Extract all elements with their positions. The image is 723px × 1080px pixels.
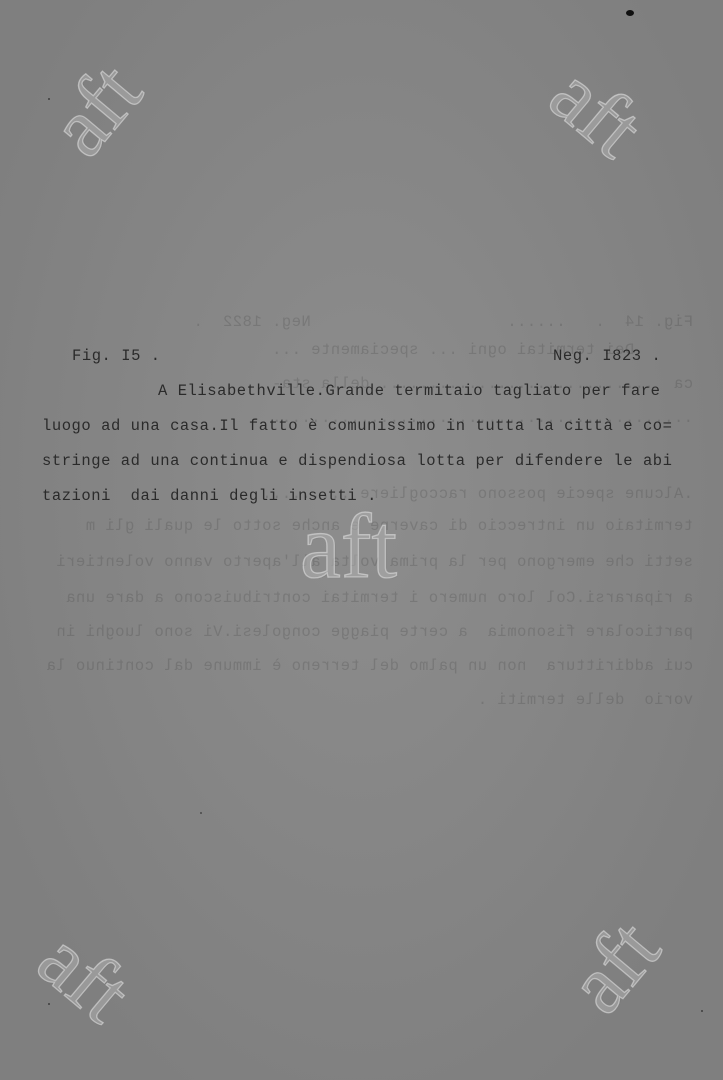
dust-speck (48, 1003, 50, 1005)
bleed-line: cui addirittura non un palmo del terreno… (46, 656, 693, 676)
bleed-line: Fig. 14 . ...... Neg. 1822 . (193, 312, 693, 332)
caption-line: luogo ad una casa.Il fatto è comunissimo… (42, 416, 673, 436)
negative-label: Neg. I823 . (553, 346, 661, 366)
dust-speck (200, 812, 202, 814)
document-page: Fig. 14 . ...... Neg. 1822 . Dei termita… (0, 0, 723, 1080)
dust-speck (626, 10, 634, 16)
caption-line: A Elisabethville.Grande termitaio taglia… (158, 381, 660, 401)
caption-line: stringe ad una continua e dispendiosa lo… (42, 451, 673, 471)
watermark-center: aft (300, 500, 397, 592)
bleed-line: particolare fisonomia a certe piagge con… (56, 622, 693, 642)
bleed-line: vorio delle termiti . (477, 690, 693, 710)
dust-speck (48, 98, 50, 100)
figure-label: Fig. I5 . (72, 346, 161, 366)
dust-speck (701, 1010, 703, 1012)
